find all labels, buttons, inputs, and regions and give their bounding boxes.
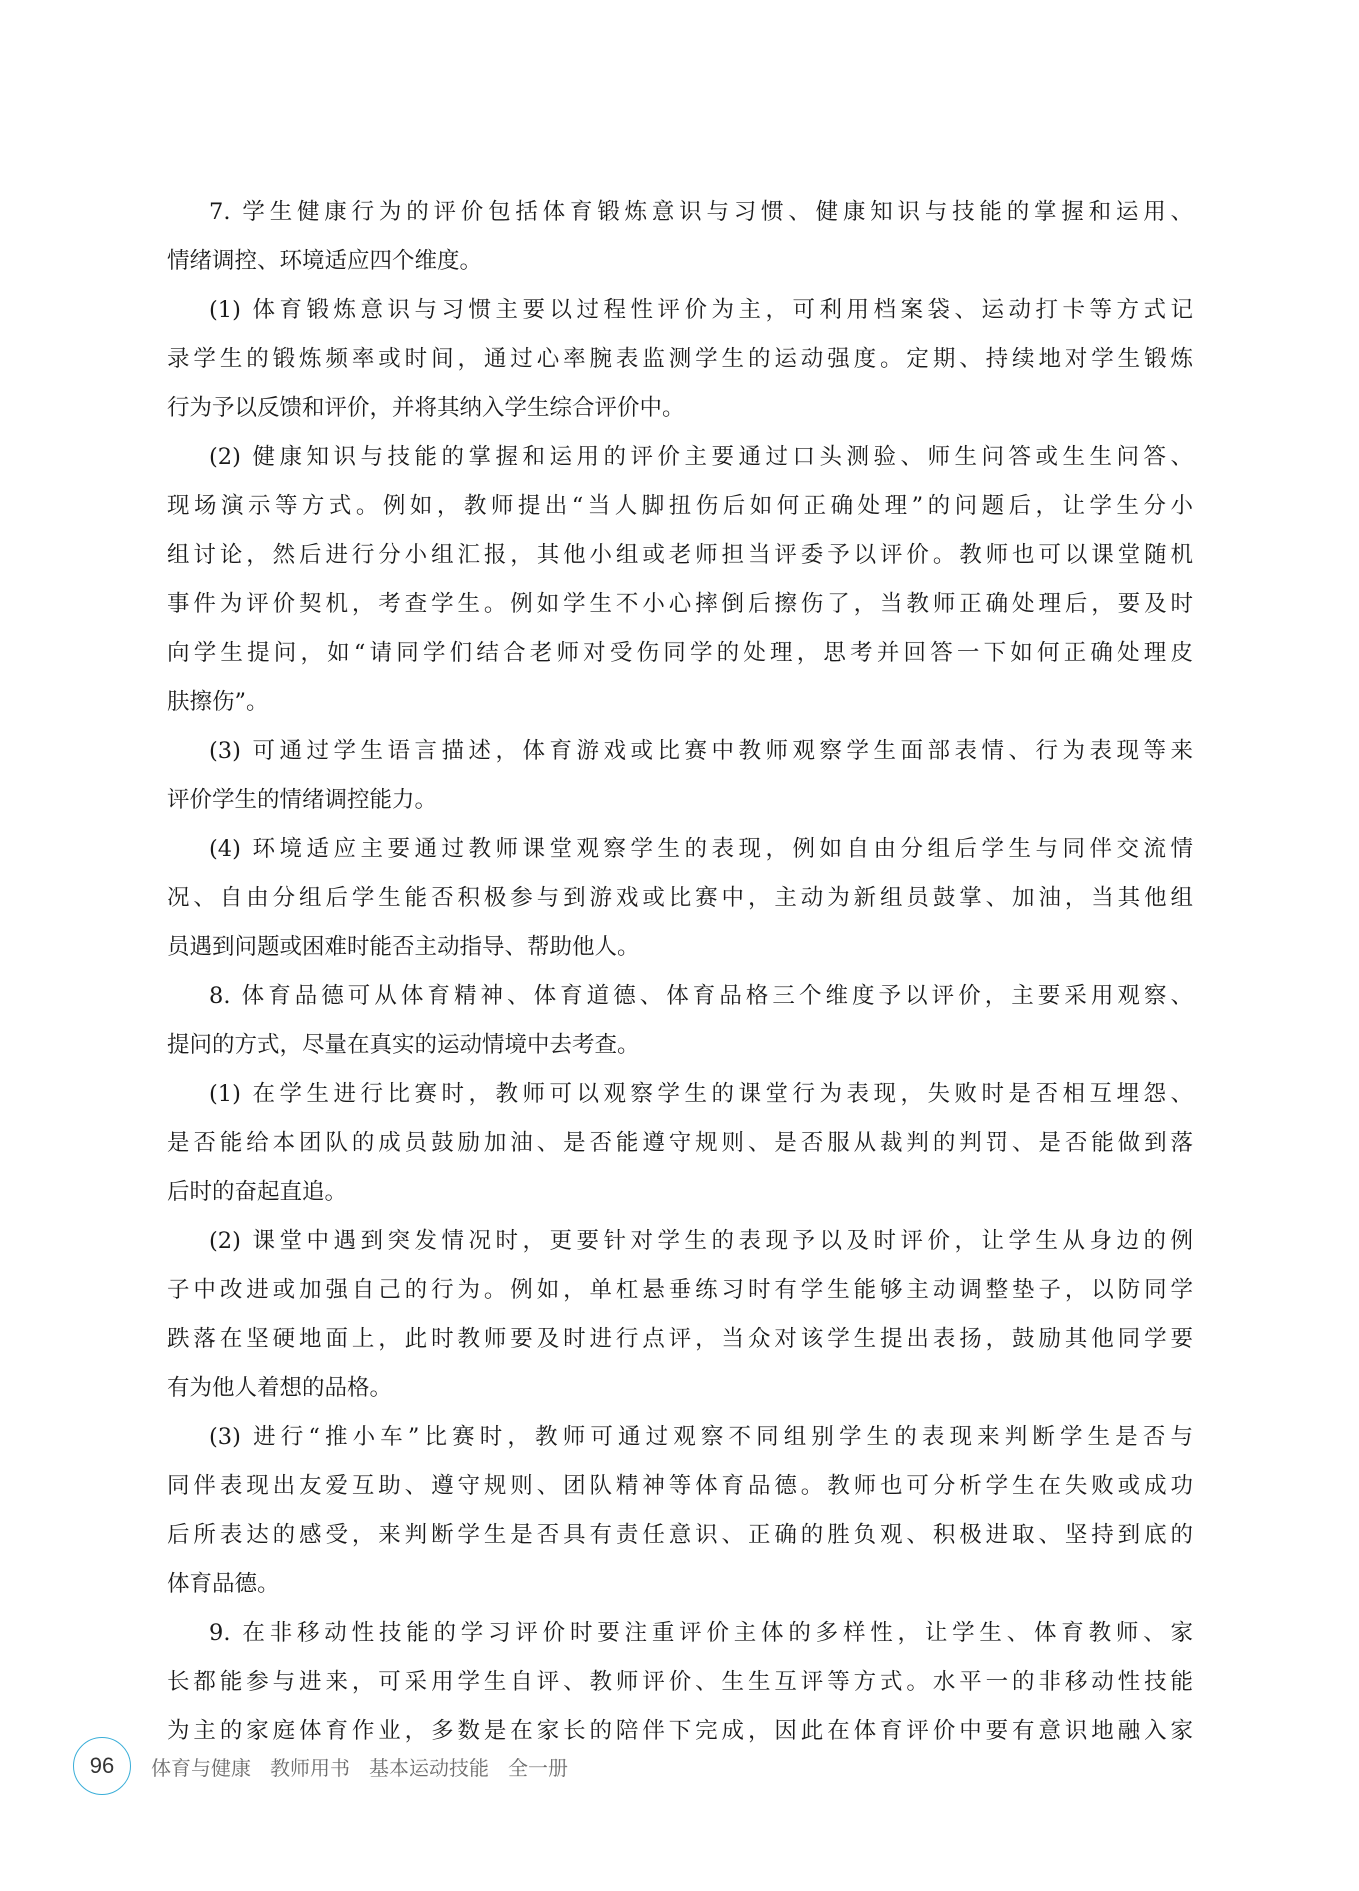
text-line: 录学生的锻炼频率或时间，通过心率腕表监测学生的运动强度。定期、持续地对学生锻炼 — [167, 338, 1193, 387]
text-line: (3) 进行“推小车”比赛时，教师可通过观察不同组别学生的表现来判断学生是否与 — [167, 1416, 1193, 1465]
text-line: (1) 在学生进行比赛时，教师可以观察学生的课堂行为表现，失败时是否相互埋怨、 — [167, 1073, 1193, 1122]
text-line: 事件为评价契机，考查学生。例如学生不小心摔倒后擦伤了，当教师正确处理后，要及时 — [167, 583, 1193, 632]
footer-book-type: 教师用书 — [270, 1752, 350, 1781]
page-number-badge: 96 — [73, 1737, 131, 1795]
text-line: 跌落在坚硬地面上，此时教师要及时进行点评，当众对该学生提出表扬，鼓励其他同学要 — [167, 1318, 1193, 1367]
footer-edition: 全一册 — [508, 1752, 568, 1781]
footer-subject: 体育与健康 — [151, 1752, 251, 1781]
text-line: 子中改进或加强自己的行为。例如，单杠悬垂练习时有学生能够主动调整垫子，以防同学 — [167, 1269, 1193, 1318]
text-line: 长都能参与进来，可采用学生自评、教师评价、生生互评等方式。水平一的非移动性技能 — [167, 1661, 1193, 1710]
paragraph: (3) 可通过学生语言描述，体育游戏或比赛中教师观察学生面部表情、行为表现等来评… — [167, 730, 1193, 828]
text-line: 组讨论，然后进行分小组汇报，其他小组或老师担当评委予以评价。教师也可以课堂随机 — [167, 534, 1193, 583]
footer-volume-topic: 基本运动技能 — [369, 1752, 489, 1781]
text-line: 肤擦伤”。 — [167, 681, 1193, 730]
text-line: (1) 体育锻炼意识与习惯主要以过程性评价为主，可利用档案袋、运动打卡等方式记 — [167, 289, 1193, 338]
paragraph: (1) 体育锻炼意识与习惯主要以过程性评价为主，可利用档案袋、运动打卡等方式记录… — [167, 289, 1193, 436]
paragraph: (4) 环境适应主要通过教师课堂观察学生的表现，例如自由分组后学生与同伴交流情况… — [167, 828, 1193, 975]
paragraph: (2) 课堂中遇到突发情况时，更要针对学生的表现予以及时评价，让学生从身边的例子… — [167, 1220, 1193, 1416]
text-line: 7. 学生健康行为的评价包括体育锻炼意识与习惯、健康知识与技能的掌握和运用、 — [167, 191, 1193, 240]
paragraph: (1) 在学生进行比赛时，教师可以观察学生的课堂行为表现，失败时是否相互埋怨、是… — [167, 1073, 1193, 1220]
text-line: 向学生提问，如“请同学们结合老师对受伤同学的处理，思考并回答一下如何正确处理皮 — [167, 632, 1193, 681]
text-line: 体育品德。 — [167, 1563, 1193, 1612]
document-page: 7. 学生健康行为的评价包括体育锻炼意识与习惯、健康知识与技能的掌握和运用、情绪… — [0, 0, 1359, 1891]
paragraph: 8. 体育品德可从体育精神、体育道德、体育品格三个维度予以评价，主要采用观察、提… — [167, 975, 1193, 1073]
paragraph: (3) 进行“推小车”比赛时，教师可通过观察不同组别学生的表现来判断学生是否与同… — [167, 1416, 1193, 1612]
text-line: 8. 体育品德可从体育精神、体育道德、体育品格三个维度予以评价，主要采用观察、 — [167, 975, 1193, 1024]
text-line: (4) 环境适应主要通过教师课堂观察学生的表现，例如自由分组后学生与同伴交流情 — [167, 828, 1193, 877]
text-line: 情绪调控、环境适应四个维度。 — [167, 240, 1193, 289]
text-line: 提问的方式，尽量在真实的运动情境中去考查。 — [167, 1024, 1193, 1073]
page-number: 96 — [90, 1753, 114, 1779]
text-line: 员遇到问题或困难时能否主动指导、帮助他人。 — [167, 926, 1193, 975]
text-line: 9. 在非移动性技能的学习评价时要注重评价主体的多样性，让学生、体育教师、家 — [167, 1612, 1193, 1661]
text-line: 行为予以反馈和评价，并将其纳入学生综合评价中。 — [167, 387, 1193, 436]
text-line: 况、自由分组后学生能否积极参与到游戏或比赛中，主动为新组员鼓掌、加油，当其他组 — [167, 877, 1193, 926]
text-line: 是否能给本团队的成员鼓励加油、是否能遵守规则、是否服从裁判的判罚、是否能做到落 — [167, 1122, 1193, 1171]
text-line: 后所表达的感受，来判断学生是否具有责任意识、正确的胜负观、积极进取、坚持到底的 — [167, 1514, 1193, 1563]
paragraph: (2) 健康知识与技能的掌握和运用的评价主要通过口头测验、师生问答或生生问答、现… — [167, 436, 1193, 730]
body-text: 7. 学生健康行为的评价包括体育锻炼意识与习惯、健康知识与技能的掌握和运用、情绪… — [167, 191, 1193, 1759]
text-line: (3) 可通过学生语言描述，体育游戏或比赛中教师观察学生面部表情、行为表现等来 — [167, 730, 1193, 779]
text-line: (2) 健康知识与技能的掌握和运用的评价主要通过口头测验、师生问答或生生问答、 — [167, 436, 1193, 485]
page-footer: 96 体育与健康 教师用书 基本运动技能 全一册 — [73, 1733, 568, 1799]
text-line: 评价学生的情绪调控能力。 — [167, 779, 1193, 828]
text-line: 后时的奋起直追。 — [167, 1171, 1193, 1220]
text-line: 有为他人着想的品格。 — [167, 1367, 1193, 1416]
paragraph: 7. 学生健康行为的评价包括体育锻炼意识与习惯、健康知识与技能的掌握和运用、情绪… — [167, 191, 1193, 289]
running-footer-title: 体育与健康 教师用书 基本运动技能 全一册 — [151, 1752, 568, 1781]
text-line: (2) 课堂中遇到突发情况时，更要针对学生的表现予以及时评价，让学生从身边的例 — [167, 1220, 1193, 1269]
text-line: 同伴表现出友爱互助、遵守规则、团队精神等体育品德。教师也可分析学生在失败或成功 — [167, 1465, 1193, 1514]
text-line: 现场演示等方式。例如，教师提出“当人脚扭伤后如何正确处理”的问题后，让学生分小 — [167, 485, 1193, 534]
